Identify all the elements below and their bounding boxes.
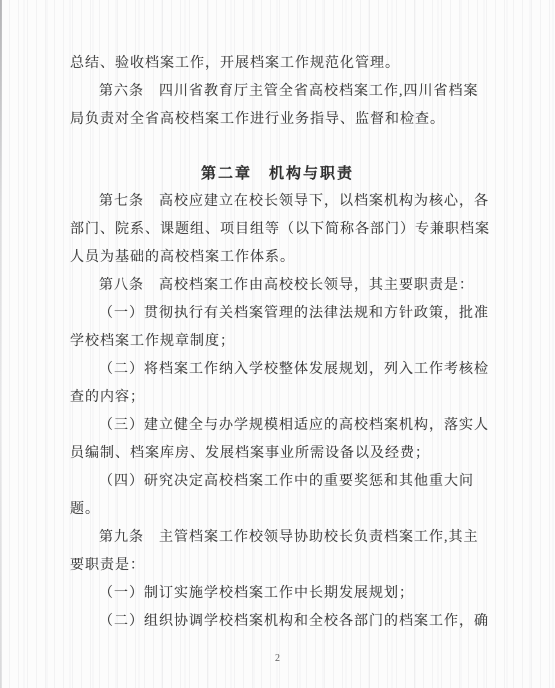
text-line: 员编制、档案库房、发展档案事业所需设备以及经费； <box>70 440 507 468</box>
text-line: （二）组织协调学校档案机构和全校各部门的档案工作，确 <box>70 608 507 636</box>
text-line: 部门、院系、课题组、项目组等（以下简称各部门）专兼职档案 <box>70 216 507 244</box>
text-line: 题。 <box>70 496 507 524</box>
text-line: 学校档案工作规章制度； <box>70 328 507 356</box>
scanned-document-page: 总结、验收档案工作，开展档案工作规范化管理。 第六条 四川省教育厅主管全省高校档… <box>0 0 555 688</box>
text-line: （一）制订实施学校档案工作中长期发展规划； <box>70 580 507 608</box>
text-line: 人员为基础的高校档案工作体系。 <box>70 244 507 272</box>
text-line: （三）建立健全与办学规模相适应的高校档案机构，落实人 <box>70 412 507 440</box>
text-line: 局负责对全省高校档案工作进行业务指导、监督和检查。 <box>70 106 507 134</box>
text-line: 第九条 主管档案工作校领导协助校长负责档案工作,其主 <box>70 524 507 552</box>
text-line: 第六条 四川省教育厅主管全省高校档案工作,四川省档案 <box>70 78 507 106</box>
text-line: （一）贯彻执行有关档案管理的法律法规和方针政策，批准 <box>70 300 507 328</box>
text-line: （二）将档案工作纳入学校整体发展规划，列入工作考核检 <box>70 356 507 384</box>
text-line: 总结、验收档案工作，开展档案工作规范化管理。 <box>70 50 507 78</box>
text-line: 查的内容； <box>70 384 507 412</box>
page-number: 2 <box>0 653 555 664</box>
text-line: 要职责是： <box>70 552 507 580</box>
text-line: 第七条 高校应建立在校长领导下，以档案机构为核心，各 <box>70 188 507 216</box>
text-line: （四）研究决定高校档案工作中的重要奖惩和其他重大问 <box>70 468 507 496</box>
text-line: 第八条 高校档案工作由高校校长领导，其主要职责是： <box>70 272 507 300</box>
chapter-heading: 第二章 机构与职责 <box>59 160 496 188</box>
